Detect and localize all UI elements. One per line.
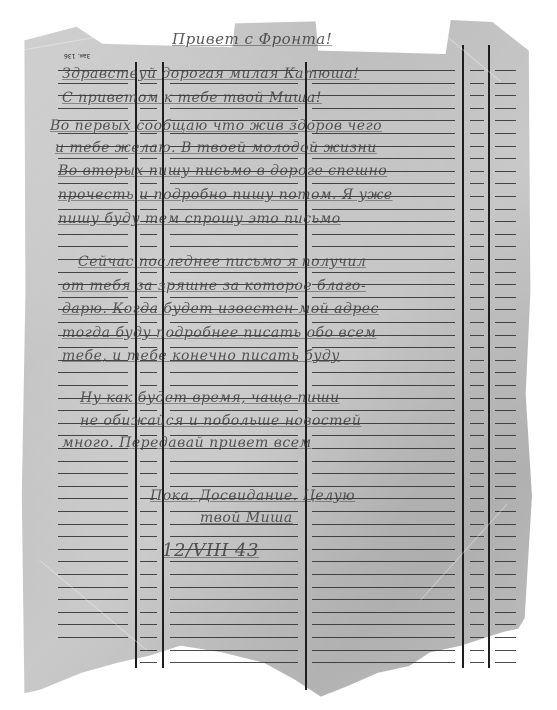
rule-line [470, 70, 484, 71]
rule-line [170, 209, 298, 210]
rule-line [140, 297, 157, 298]
rule-line [140, 272, 157, 273]
rule-line [312, 587, 455, 588]
column-line [488, 45, 490, 668]
rule-line [312, 183, 455, 184]
rule-line [312, 234, 455, 235]
rule-line [470, 246, 484, 247]
rule-line [312, 322, 455, 323]
rule-line [58, 158, 128, 159]
rule-line [470, 196, 484, 197]
rule-line [140, 486, 157, 487]
rule-line [140, 372, 157, 373]
rule-line [58, 461, 128, 462]
rule-line [495, 372, 516, 373]
rule-line [470, 335, 484, 336]
rule-line [495, 587, 516, 588]
rule-line [470, 297, 484, 298]
rule-line [495, 347, 516, 348]
rule-line [170, 108, 298, 109]
rule-line [495, 561, 516, 562]
rule-line [312, 599, 455, 600]
rule-line [312, 448, 455, 449]
rule-line [170, 486, 298, 487]
rule-line [495, 599, 516, 600]
rule-line [470, 448, 484, 449]
rule-line [470, 259, 484, 260]
rule-line [495, 146, 516, 147]
rule-line [495, 624, 516, 625]
rule-line [495, 120, 516, 121]
rule-line [495, 498, 516, 499]
rule-line [312, 549, 455, 550]
rule-line [470, 146, 484, 147]
rule-line [312, 461, 455, 462]
rule-line [470, 486, 484, 487]
rule-line [58, 498, 128, 499]
rule-line [495, 662, 516, 663]
rule-line [470, 234, 484, 235]
letter-signature: твой Миша [200, 510, 293, 526]
rule-line [312, 246, 455, 247]
rule-line [58, 549, 128, 550]
rule-line [58, 574, 128, 575]
rule-line [470, 612, 484, 613]
rule-line [495, 95, 516, 96]
letter-line: тогда буду подробнее писать обо всем [62, 325, 376, 341]
rule-line [470, 183, 484, 184]
letter-line: и тебе желаю. В твоей молодой жизни [55, 140, 377, 156]
rule-line [170, 297, 298, 298]
rule-line [140, 108, 157, 109]
rule-line [170, 158, 298, 159]
rule-line [470, 461, 484, 462]
letter-heading: Привет с Фронта! [172, 30, 332, 48]
rule-line [470, 473, 484, 474]
rule-line [470, 410, 484, 411]
rule-line [495, 70, 516, 71]
rule-line [58, 385, 128, 386]
rule-line [495, 486, 516, 487]
rule-line [470, 587, 484, 588]
letter-line: прочесть и подробно пишу потом. Я уже [58, 187, 393, 203]
rule-line [170, 272, 298, 273]
rule-line [495, 158, 516, 159]
rule-line [470, 549, 484, 550]
rule-line [170, 385, 298, 386]
rule-line [495, 360, 516, 361]
rule-line [312, 209, 455, 210]
rule-line [470, 385, 484, 386]
rule-line [495, 435, 516, 436]
rule-line [495, 133, 516, 134]
rule-line [170, 650, 298, 651]
rule-line [470, 637, 484, 638]
rule-line [495, 309, 516, 310]
rule-line [495, 297, 516, 298]
letter-line: тебе, и тебе конечно писать буду [62, 348, 340, 364]
rule-line [495, 234, 516, 235]
rule-line [58, 272, 128, 273]
rule-line [312, 524, 455, 525]
rule-line [495, 461, 516, 462]
rule-line [58, 561, 128, 562]
rule-line [495, 196, 516, 197]
rule-line [495, 209, 516, 210]
rule-line [470, 120, 484, 121]
rule-line [470, 574, 484, 575]
rule-line [140, 246, 157, 247]
column-line [305, 62, 307, 690]
rule-line [312, 372, 455, 373]
rule-line [58, 612, 128, 613]
rule-line [495, 574, 516, 575]
rule-line [470, 524, 484, 525]
rule-line [312, 108, 455, 109]
rule-line [470, 284, 484, 285]
rule-line [312, 637, 455, 638]
rule-line [495, 221, 516, 222]
rule-line [58, 108, 128, 109]
rule-line [470, 498, 484, 499]
rule-line [495, 612, 516, 613]
rule-line [495, 423, 516, 424]
rule-line [58, 297, 128, 298]
rule-line [470, 624, 484, 625]
letter-line: дарю. Когда будет известен мой адрес [62, 301, 379, 317]
rule-line [58, 410, 128, 411]
rule-line [140, 461, 157, 462]
rule-line [470, 435, 484, 436]
rule-line [312, 612, 455, 613]
column-line [462, 45, 464, 668]
rule-line [58, 372, 128, 373]
rule-line [58, 234, 128, 235]
rule-line [470, 171, 484, 172]
rule-line [470, 398, 484, 399]
rule-line [140, 561, 157, 562]
rule-line [58, 183, 128, 184]
rule-line [140, 549, 157, 550]
rule-line [170, 624, 298, 625]
letter-line: Здравствуй дорогая милая Катюша! [62, 66, 359, 82]
rule-line [140, 624, 157, 625]
rule-line [170, 599, 298, 600]
print-mark: Зак. 136 [64, 52, 90, 59]
rule-line [312, 385, 455, 386]
rule-line [140, 511, 157, 512]
rule-line [495, 284, 516, 285]
rule-line [140, 599, 157, 600]
rule-line [470, 372, 484, 373]
rule-line [140, 650, 157, 651]
rule-line [470, 511, 484, 512]
rule-line [170, 246, 298, 247]
rule-line [495, 410, 516, 411]
rule-line [470, 322, 484, 323]
rule-line [470, 221, 484, 222]
rule-line [58, 536, 128, 537]
rule-line [140, 410, 157, 411]
letter-line: не обижайся и побольше новостей [80, 413, 361, 429]
rule-line [140, 662, 157, 663]
rule-line [140, 612, 157, 613]
rule-line [140, 536, 157, 537]
rule-line [495, 322, 516, 323]
rule-line [312, 297, 455, 298]
rule-line [312, 650, 455, 651]
rule-line [140, 234, 157, 235]
rule-line [58, 209, 128, 210]
rule-line [140, 637, 157, 638]
rule-line [58, 473, 128, 474]
letter-line: С приветом к тебе твой Миша! [62, 90, 322, 106]
letter-line: много. Передавай привет всем [62, 435, 312, 451]
rule-line [140, 158, 157, 159]
rule-line [312, 272, 455, 273]
rule-line [470, 133, 484, 134]
rule-line [495, 385, 516, 386]
rule-line [312, 486, 455, 487]
rule-line [312, 83, 455, 84]
rule-line [170, 574, 298, 575]
letter-date: 12/VIII 43 [162, 540, 259, 561]
rule-line [170, 183, 298, 184]
rule-line [58, 599, 128, 600]
rule-line [495, 171, 516, 172]
letter-line: Во вторых пишу письмо в дороге спешно [58, 163, 387, 179]
letter-line: Сейчас последнее письмо я получил [78, 254, 366, 270]
rule-line [312, 158, 455, 159]
rule-line [170, 662, 298, 663]
rule-line [58, 511, 128, 512]
rule-line [470, 158, 484, 159]
rule-line [470, 209, 484, 210]
rule-line [312, 435, 455, 436]
rule-line [495, 637, 516, 638]
rule-line [58, 246, 128, 247]
letter-line: Пока. Досвидание. Целую [150, 488, 355, 504]
rule-line [170, 637, 298, 638]
rule-line [312, 574, 455, 575]
rule-line [170, 612, 298, 613]
rule-line [58, 587, 128, 588]
rule-line [470, 347, 484, 348]
rule-line [470, 83, 484, 84]
rule-line [140, 322, 157, 323]
rule-line [495, 183, 516, 184]
rule-line [470, 662, 484, 663]
rule-line [170, 561, 298, 562]
rule-line [58, 486, 128, 487]
rule-line [312, 536, 455, 537]
rule-line [470, 561, 484, 562]
rule-line [170, 83, 298, 84]
rule-line [170, 410, 298, 411]
rule-line [495, 536, 516, 537]
rule-line [495, 335, 516, 336]
rule-line [312, 624, 455, 625]
rule-line [170, 461, 298, 462]
rule-line [170, 234, 298, 235]
rule-line [140, 574, 157, 575]
rule-line [140, 209, 157, 210]
rule-line [312, 662, 455, 663]
rule-line [470, 108, 484, 109]
rule-line [495, 272, 516, 273]
rule-line [140, 524, 157, 525]
rule-line [495, 650, 516, 651]
rule-line [495, 448, 516, 449]
rule-line [470, 360, 484, 361]
rule-line [58, 637, 128, 638]
rule-line [470, 423, 484, 424]
rule-line [58, 322, 128, 323]
rule-line [170, 322, 298, 323]
rule-line [495, 246, 516, 247]
rule-line [312, 95, 455, 96]
rule-line [58, 524, 128, 525]
rule-line [495, 83, 516, 84]
rule-line [312, 410, 455, 411]
rule-line [495, 398, 516, 399]
rule-line [170, 587, 298, 588]
letter-scan: Зак. 136 Привет с Фронта! Здравствуй дор… [0, 0, 557, 710]
rule-line [495, 524, 516, 525]
rule-line [140, 473, 157, 474]
rule-line [140, 183, 157, 184]
rule-line [495, 473, 516, 474]
rule-line [140, 385, 157, 386]
rule-line [470, 309, 484, 310]
rule-line [312, 561, 455, 562]
letter-line: пишу буду тем спрошу это письмо [58, 211, 341, 227]
rule-line [312, 473, 455, 474]
rule-line [470, 272, 484, 273]
letter-line: от тебя за зряшне за которое благо- [62, 278, 366, 294]
rule-line [495, 549, 516, 550]
rule-line [470, 95, 484, 96]
rule-line [170, 372, 298, 373]
rule-line [140, 83, 157, 84]
rule-line [170, 473, 298, 474]
rule-line [312, 511, 455, 512]
letter-line: Ну как будет время, чаще пиши [80, 390, 340, 406]
rule-line [495, 259, 516, 260]
rule-line [495, 108, 516, 109]
rule-line [58, 83, 128, 84]
rule-line [170, 536, 298, 537]
letter-line: Во первых сообщаю что жив здоров чего [50, 118, 382, 134]
rule-line [470, 650, 484, 651]
rule-line [470, 599, 484, 600]
rule-line [140, 587, 157, 588]
